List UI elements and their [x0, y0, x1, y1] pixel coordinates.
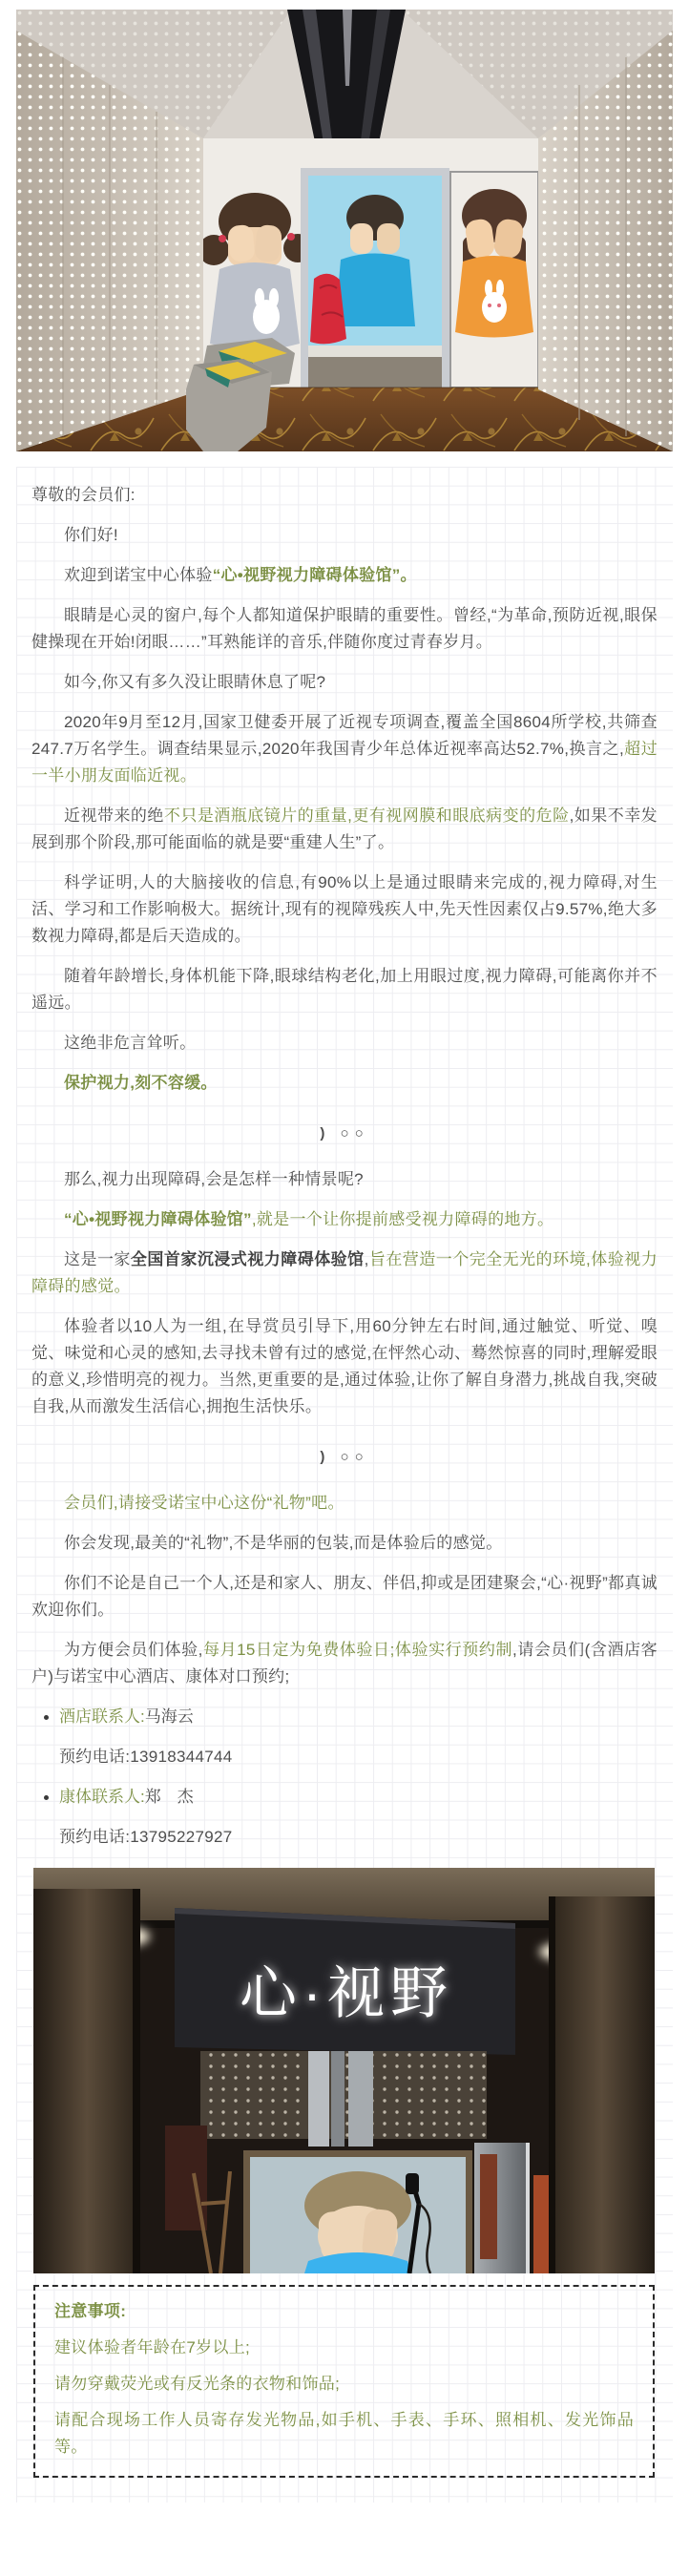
contact-item-gym: 康体联系人:郑 杰 [31, 1784, 658, 1811]
contact-name: 郑 杰 [145, 1788, 194, 1806]
text-segment: 近视带来的绝 [64, 806, 164, 825]
section-divider: ) ○○ [31, 1125, 658, 1141]
first-hall-bold: 全国首家沉浸式视力障碍体验馆 [131, 1250, 365, 1268]
text-segment: 欢迎到诺宝中心体验 [64, 566, 213, 584]
booking-paragraph: 为方便会员们体验,每月15日定为免费体验日;体验实行预约制,请会员们(含酒店客户… [31, 1637, 658, 1690]
contact-item-hotel: 酒店联系人:马海云 [31, 1704, 658, 1730]
contact-label: 酒店联系人: [59, 1707, 145, 1726]
elevator-lobby-illustration [16, 10, 673, 451]
contact-name: 马海云 [145, 1707, 194, 1726]
survey-paragraph: 2020年9月至12月,国家卫健委开展了近视专项调查,覆盖全国8604所学校,共… [31, 709, 658, 789]
notice-item: 建议体验者年龄在7岁以上; [54, 2335, 634, 2361]
sign-text: 心·视野 [240, 1961, 453, 2025]
first-hall-paragraph: 这是一家全国首家沉浸式视力障碍体验馆,旨在营造一个完全无光的环境,体验视力障碍的… [31, 1246, 658, 1300]
hello-line: 你们好! [31, 522, 658, 549]
discover-paragraph: 你会发现,最美的“礼物”,不是华丽的包装,而是体验后的感觉。 [31, 1530, 658, 1557]
entrance-sign-photo: 心·视野 心·视野 [33, 1868, 655, 2273]
today-paragraph: 如今,你又有多久没让眼睛休息了呢? [31, 669, 658, 696]
no-alarm-line: 这绝非危言耸听。 [31, 1030, 658, 1057]
phone-label: 预约电话: [59, 1748, 130, 1766]
scenario-paragraph: 那么,视力出现障碍,会是怎样一种情景呢? [31, 1166, 658, 1193]
contact-label: 康体联系人: [59, 1788, 145, 1806]
notice-item: 请勿穿戴荧光或有反光条的衣物和饰品; [54, 2371, 634, 2398]
hall-name-highlight: “心•视野视力障碍体验馆”。 [213, 566, 417, 584]
text-segment: 2020年9月至12月,国家卫健委开展了近视专项调查,覆盖全国8604所学校,共… [31, 713, 658, 758]
myopia-risk-paragraph: 近视带来的绝不只是酒瓶底镜片的重量,更有视网膜和眼底病变的危险,如果不幸发展到那… [31, 803, 658, 856]
glowing-sign: 心·视野 心·视野 [175, 1908, 515, 2055]
myopia-highlight: 不只是酒瓶底镜片的重量,更有视网膜和眼底病变的危险 [164, 806, 570, 825]
bullet-dot [44, 1795, 49, 1800]
elevator-doorway-boy-poster [301, 168, 449, 387]
bullet-dot [44, 1715, 49, 1720]
experience-flow-paragraph: 体验者以10人为一组,在导赏员引导下,用60分钟左右时间,通过触觉、听觉、嗅觉、… [31, 1313, 658, 1420]
science-paragraph: 科学证明,人的大脑接收的信息,有90%以上是通过眼睛来完成的,视力障碍,对生活、… [31, 869, 658, 950]
hall-name-highlight: “心•视野视力障碍体验馆” [64, 1210, 252, 1228]
hall-intro-paragraph: “心•视野视力障碍体验馆”,就是一个让你提前感受视力障碍的地方。 [31, 1206, 658, 1233]
contact-phone-gym: 预约电话:13795227927 [31, 1824, 658, 1851]
eyes-paragraph: 眼睛是心灵的窗户,每个人都知道保护眼睛的重要性。曾经,“为革命,预防近视,眼保健… [31, 602, 658, 656]
notice-title: 注意事项: [54, 2298, 634, 2325]
welcome-all-paragraph: 你们不论是自己一个人,还是和家人、朋友、伴侣,抑或是团建聚会,“心·视野”都真诚… [31, 1570, 658, 1623]
text-segment: 为方便会员们体验, [64, 1641, 203, 1659]
booking-highlight: 每月15日定为免费体验日;体验实行预约制 [203, 1641, 512, 1659]
contact-phone-hotel: 预约电话:13918344744 [31, 1744, 658, 1770]
elevator-lobby-photo [16, 10, 673, 451]
protect-vision-line: 保护视力,刻不容缓。 [31, 1070, 658, 1097]
hall-intro-highlight: ,就是一个让你提前感受视力障碍的地方。 [252, 1210, 553, 1228]
aging-paragraph: 随着年龄增长,身体机能下降,眼球结构老化,加上用眼过度,视力障碍,可能离你并不遥… [31, 963, 658, 1016]
notice-box: 注意事项: 建议体验者年龄在7岁以上; 请勿穿戴荧光或有反光条的衣物和饰品; 请… [33, 2285, 655, 2478]
welcome-paragraph: 欢迎到诺宝中心体验“心•视野视力障碍体验馆”。 [31, 562, 658, 589]
entrance-sign-illustration: 心·视野 心·视野 [33, 1868, 655, 2273]
article-page: 尊敬的会员们: 你们好! 欢迎到诺宝中心体验“心•视野视力障碍体验馆”。 眼睛是… [0, 0, 689, 2576]
boy-poster [243, 2150, 472, 2273]
text-segment: 这是一家 [64, 1250, 131, 1268]
phone-number: 13918344744 [130, 1748, 232, 1766]
phone-label: 预约电话: [59, 1828, 130, 1846]
phone-number: 13795227927 [130, 1828, 232, 1846]
section-divider: ) ○○ [31, 1449, 658, 1465]
letter-body: 尊敬的会员们: 你们好! 欢迎到诺宝中心体验“心•视野视力障碍体验馆”。 眼睛是… [16, 467, 673, 2503]
gift-paragraph: 会员们,请接受诺宝中心这份“礼物”吧。 [31, 1490, 658, 1517]
notice-item: 请配合现场工作人员寄存发光物品,如手机、手表、手环、照相机、发光饰品等。 [54, 2407, 634, 2461]
greeting-line: 尊敬的会员们: [31, 482, 658, 509]
